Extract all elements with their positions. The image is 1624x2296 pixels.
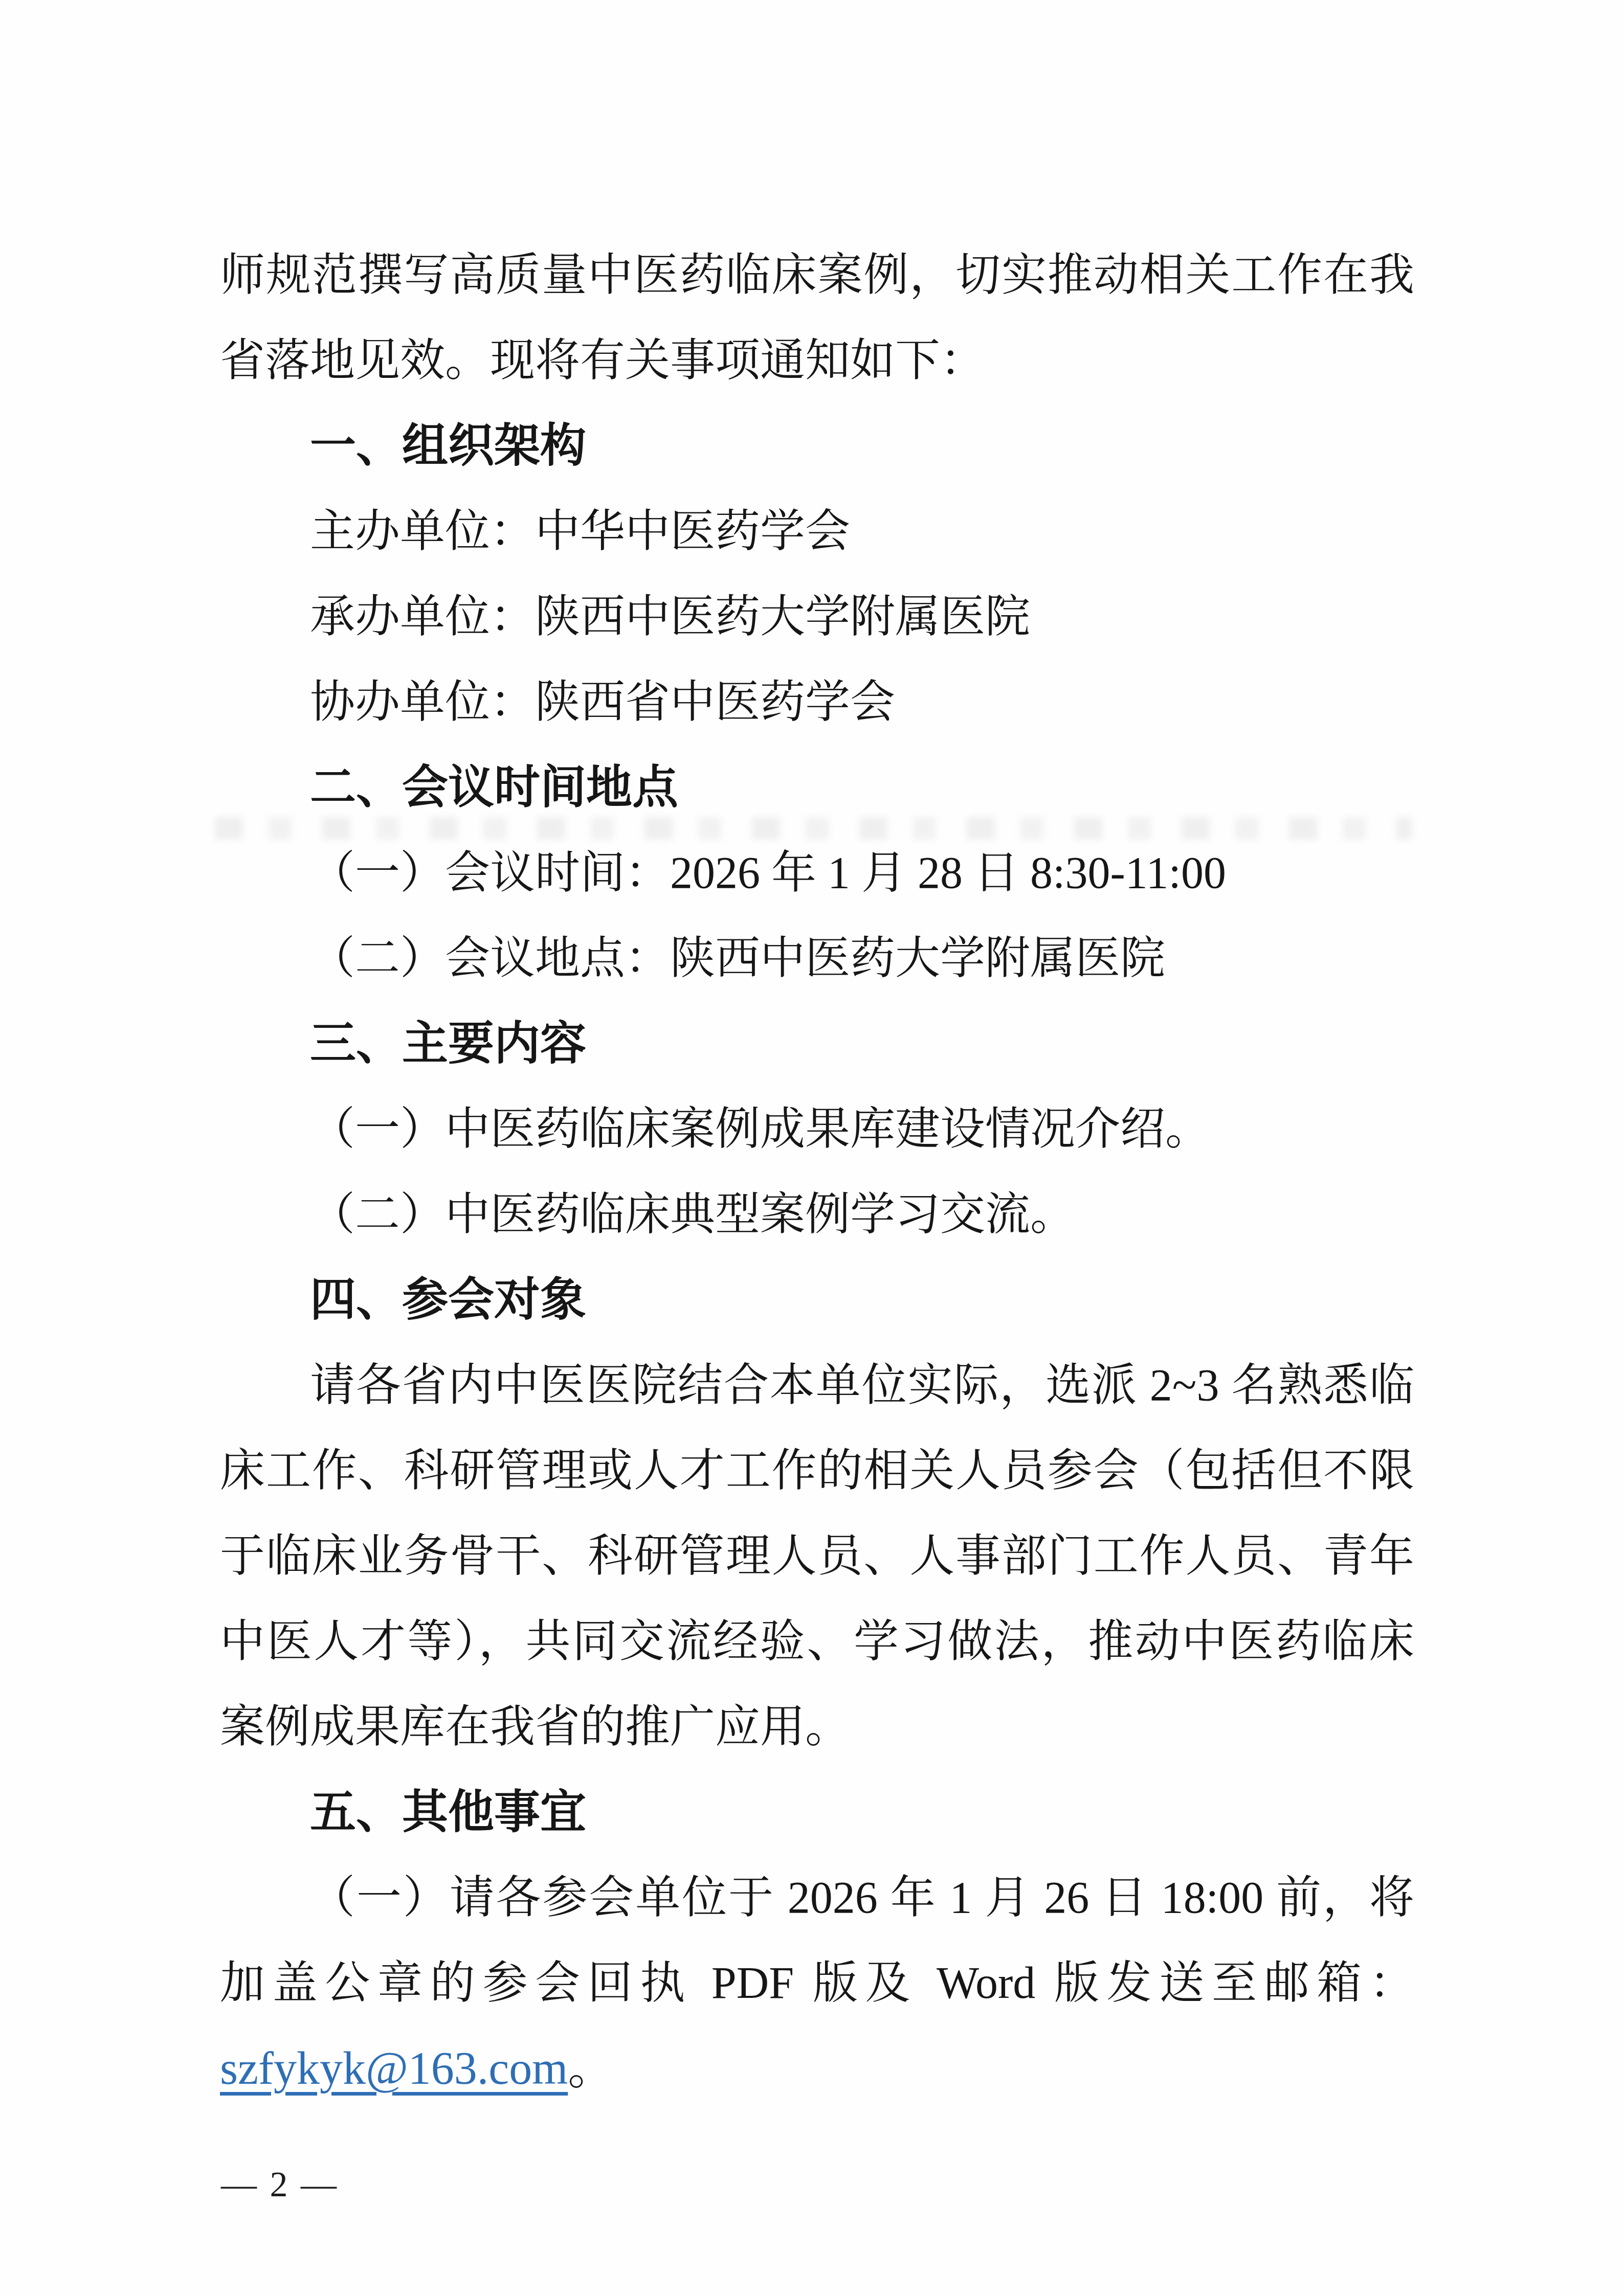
heading-other-matters: 五、其他事宜	[220, 1770, 1414, 1855]
line-organizer-unit: 承办单位：陕西中医药大学附属医院	[220, 574, 1414, 660]
participants-line-4: 中医人才等），共同交流经验、学习做法，推动中医药临床	[220, 1599, 1414, 1684]
line-meeting-location: （二）会议地点：陕西中医药大学附属医院	[220, 916, 1414, 1001]
other-matters-line-1: （一）请各参会单位于 2026 年 1 月 26 日 18:00 前，将	[220, 1855, 1414, 1941]
document-body: 师规范撰写高质量中医药临床案例，切实推动相关工作在我 省落地见效。现将有关事项通…	[220, 233, 1414, 2111]
heading-time-location: 二、会议时间地点	[220, 745, 1414, 830]
participants-line-1: 请各省内中医医院结合本单位实际，选派 2~3 名熟悉临	[220, 1343, 1414, 1428]
line-host-unit: 主办单位：中华中医药学会	[220, 489, 1414, 574]
heading-participants: 四、参会对象	[220, 1257, 1414, 1343]
line-meeting-time: （一）会议时间：2026 年 1 月 28 日 8:30-11:00	[220, 830, 1414, 916]
participants-line-2: 床工作、科研管理或人才工作的相关人员参会（包括但不限	[220, 1428, 1414, 1514]
email-period: 。	[568, 2043, 614, 2094]
body-line-1: 师规范撰写高质量中医药临床案例，切实推动相关工作在我	[220, 233, 1414, 318]
participants-line-3: 于临床业务骨干、科研管理人员、人事部门工作人员、青年	[220, 1514, 1414, 1599]
heading-main-content: 三、主要内容	[220, 1001, 1414, 1087]
email-link[interactable]: szfykyk@163.com	[220, 2043, 568, 2094]
heading-organization: 一、组织架构	[220, 403, 1414, 489]
participants-line-5: 案例成果库在我省的推广应用。	[220, 1684, 1414, 1770]
page-number: — 2 —	[221, 2157, 339, 2213]
line-co-organizer-unit: 协办单位：陕西省中医药学会	[220, 660, 1414, 745]
body-line-2: 省落地见效。现将有关事项通知如下：	[220, 318, 1414, 403]
line-content-item-2: （二）中医药临床典型案例学习交流。	[220, 1172, 1414, 1257]
other-matters-line-2: 加盖公章的参会回执 PDF 版及 Word 版发送至邮箱：	[220, 1941, 1414, 2026]
email-line: szfykyk@163.com。	[220, 2026, 1414, 2111]
line-content-item-1: （一）中医药临床案例成果库建设情况介绍。	[220, 1087, 1414, 1172]
